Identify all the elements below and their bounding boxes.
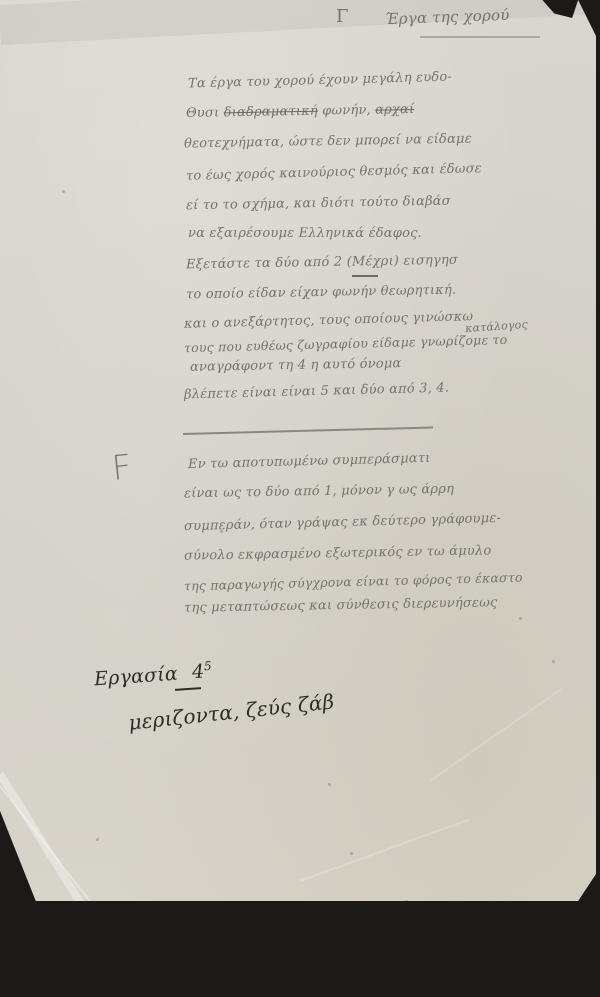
- footer-line-2: μεριζοντα, ζεύς ζάβ: [127, 689, 335, 734]
- text-line: εί το το σχήμα, και διότι τούτο διαβάσ: [186, 194, 451, 214]
- footer-number-underline: [175, 687, 201, 691]
- text-fragment: Θυσι: [186, 105, 224, 121]
- foxing-spot: [96, 838, 99, 841]
- foxing-spot: [350, 852, 353, 855]
- struck-word: διαδραματική: [224, 104, 318, 121]
- text-line: της παραγωγής σύγχρονα είναι το φόρος το…: [184, 570, 523, 594]
- foxing-spot: [62, 190, 65, 193]
- section-f-marker: F: [110, 447, 134, 489]
- number-underline: [352, 275, 378, 277]
- text-line: να εξαιρέσουμε Ελληνικά έδαφος.: [188, 226, 422, 241]
- section-divider: [183, 426, 433, 434]
- header-underline: [420, 36, 540, 38]
- text-line: αναγράφοντ τη 4 η αυτό όνομα: [190, 356, 402, 375]
- paper-crease: [429, 688, 561, 781]
- text-line: βλέπετε είναι είναι 5 και δύο από 3, 4.: [184, 381, 449, 403]
- foxing-spot: [519, 617, 522, 620]
- text-line: της μεταπτώσεως και σύνθεσις διερευνήσεω…: [184, 595, 498, 615]
- struck-word: αρχαί: [375, 102, 414, 118]
- manuscript-page: Γ Έργα της χορού Τα έργα του χορού έχουν…: [0, 0, 596, 901]
- header-title: Έργα της χορού: [385, 6, 510, 28]
- footer-superscript: 5: [203, 659, 212, 674]
- text-line: Εν τω αποτυπωμένω συμπεράσματι: [188, 451, 431, 472]
- footer-word: Εργασία: [93, 663, 178, 691]
- text-line: και ο ανεξάρτητος, τους οποίους γινώσκω: [184, 309, 474, 332]
- foxing-spot: [328, 783, 331, 786]
- text-line: τους που ευθέως ζωγραφίου είδαμε γνωρίζο…: [184, 332, 508, 355]
- text-line: το έως χορός καινούριος θεσμός και έδωσε: [186, 161, 482, 184]
- text-line: θεοτεχνήματα, ώστε δεν μπορεί να είδαμε: [184, 131, 472, 151]
- text-line: Τα έργα του χορού έχουν μεγάλη ευδο-: [188, 70, 452, 92]
- text-line: Θυσι διαδραματική φωνήν, αρχαί: [186, 102, 415, 121]
- section-letter-header: Γ: [336, 6, 349, 27]
- text-line: το οποίο είδαν είχαν φωνήν θεωρητική.: [186, 283, 457, 303]
- text-line: συμπεράν, όταν γράψας εκ δεύτερο γράφουμ…: [184, 511, 501, 534]
- text-line: Εξετάστε τα δύο από 2 (Μέχρι) εισηγησ: [186, 253, 458, 273]
- foxing-spot: [552, 660, 555, 663]
- paper-fold-shadow: [0, 772, 141, 901]
- text-fragment: φωνήν,: [318, 103, 376, 119]
- paper-fold-shadow: [0, 0, 600, 45]
- text-line: σύνολο εκφρασμένο εξωτερικός εν τω άμυλο: [184, 543, 492, 563]
- footer-line-1: Εργασία 45: [93, 659, 213, 691]
- paper-crease: [300, 818, 470, 881]
- text-line: είναι ως το δύο από 1, μόνον γ ως άρρη: [184, 482, 454, 502]
